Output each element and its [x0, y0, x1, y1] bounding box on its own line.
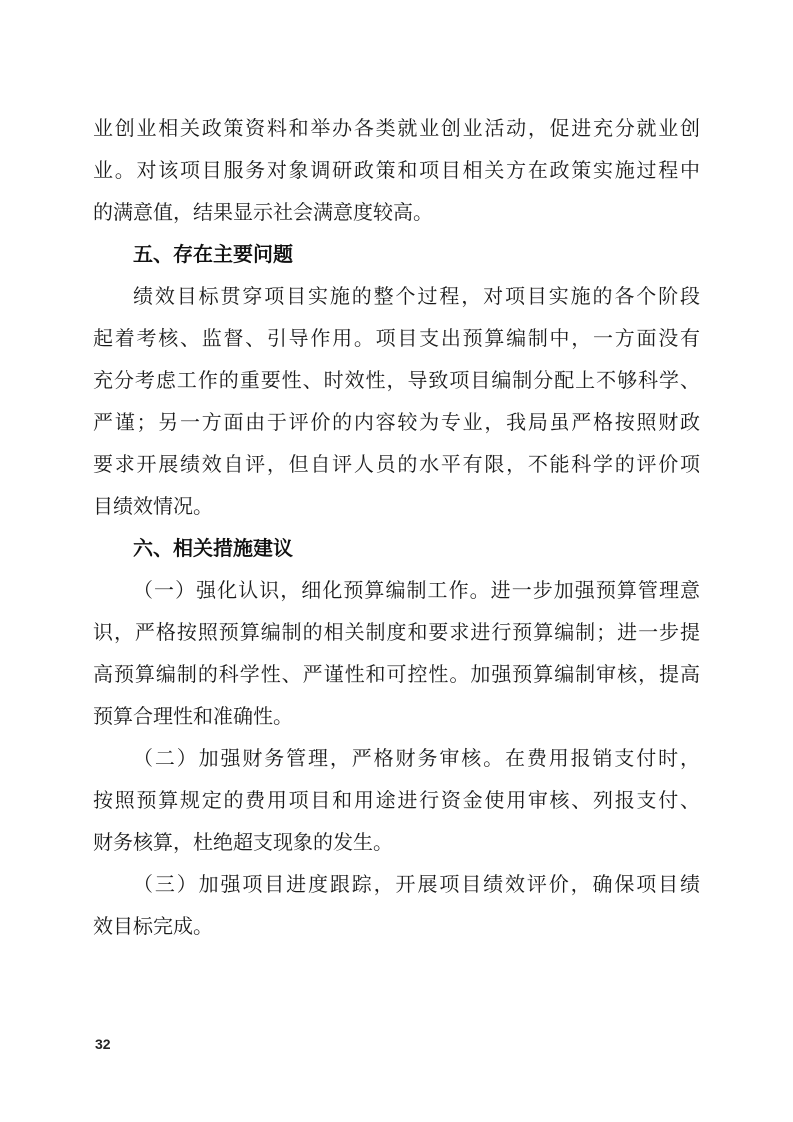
- section-heading-6: 六、相关措施建议: [93, 528, 700, 570]
- text-line: （一）强化认识，细化预算编制工作。进一步加强预算管理意: [93, 570, 700, 612]
- text-line: （三）加强项目进度跟踪，开展项目绩效评价，确保项目绩: [93, 864, 700, 906]
- text-line: 严谨；另一方面由于评价的内容较为专业，我局虽严格按照财政: [93, 402, 700, 444]
- page-number: 32: [95, 1036, 111, 1052]
- text-line: 识，严格按照预算编制的相关制度和要求进行预算编制；进一步提: [93, 612, 700, 654]
- text-line: 充分考虑工作的重要性、时效性，导致项目编制分配上不够科学、: [93, 360, 700, 402]
- text-line: 起着考核、监督、引导作用。项目支出预算编制中，一方面没有: [93, 318, 700, 360]
- document-page: 业创业相关政策资料和举办各类就业创业活动，促进充分就业创 业。对该项目服务对象调…: [0, 0, 793, 1122]
- text-line: 高预算编制的科学性、严谨性和可控性。加强预算编制审核，提高: [93, 654, 700, 696]
- text-line: 目绩效情况。: [93, 486, 700, 528]
- text-line: 的满意值，结果显示社会满意度较高。: [93, 192, 700, 234]
- text-line: 预算合理性和准确性。: [93, 696, 700, 738]
- text-line: （二）加强财务管理，严格财务审核。在费用报销支付时，: [93, 738, 700, 780]
- text-line: 按照预算规定的费用项目和用途进行资金使用审核、列报支付、: [93, 780, 700, 822]
- document-body: 业创业相关政策资料和举办各类就业创业活动，促进充分就业创 业。对该项目服务对象调…: [93, 108, 700, 948]
- text-line: 效目标完成。: [93, 906, 700, 948]
- section-heading-5: 五、存在主要问题: [93, 234, 700, 276]
- text-line: 业创业相关政策资料和举办各类就业创业活动，促进充分就业创: [93, 108, 700, 150]
- text-line: 要求开展绩效自评，但自评人员的水平有限，不能科学的评价项: [93, 444, 700, 486]
- text-line: 业。对该项目服务对象调研政策和项目相关方在政策实施过程中: [93, 150, 700, 192]
- text-line: 绩效目标贯穿项目实施的整个过程，对项目实施的各个阶段: [93, 276, 700, 318]
- text-line: 财务核算，杜绝超支现象的发生。: [93, 822, 700, 864]
